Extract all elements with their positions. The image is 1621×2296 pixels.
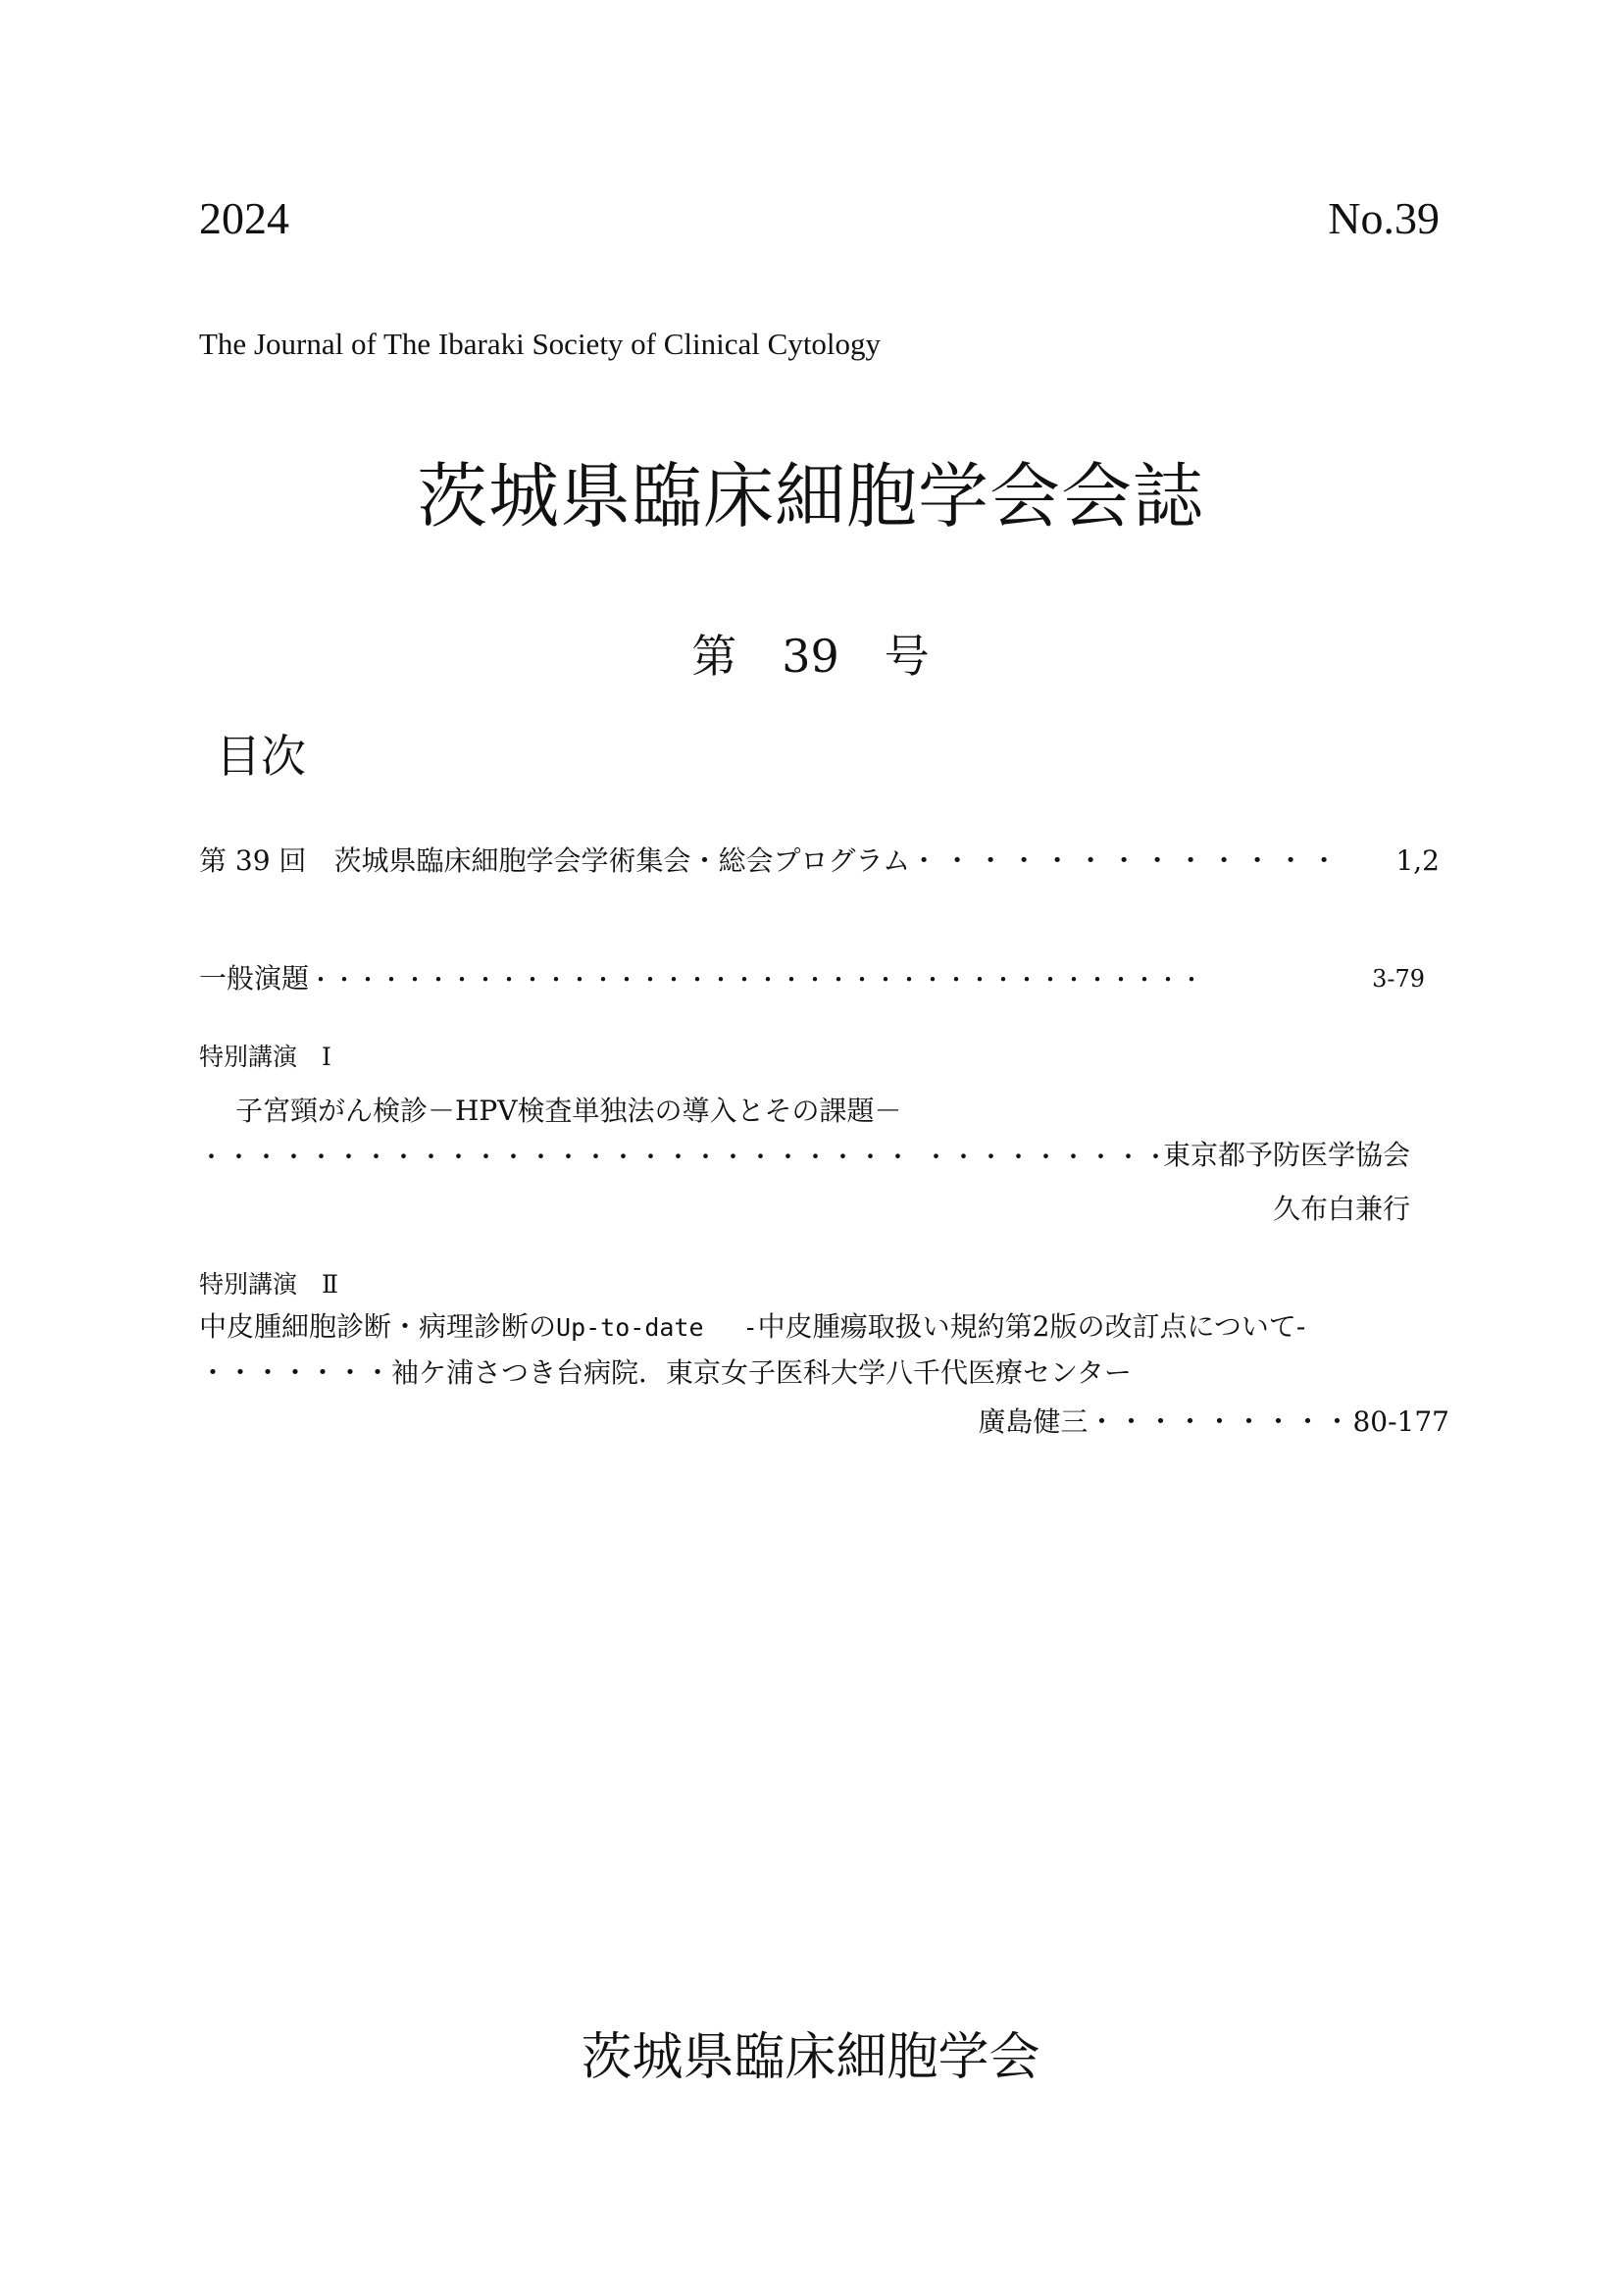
title-part: 中皮腫細胞診断・病理診断の <box>199 1310 556 1343</box>
title-part: 中皮腫瘍取扱い規約第2版の改訂点について- <box>758 1310 1306 1343</box>
toc-entry-prefix: 第 39 回 <box>199 844 333 877</box>
special-lecture-2-title[interactable]: 中皮腫細胞診断・病理診断のUp-to-date -中皮腫瘍取扱い規約第2版の改訂… <box>199 1309 1305 1346</box>
publication-year: 2024 <box>199 192 289 244</box>
special-lecture-2-affiliation-line: ・・・・・・・袖ケ浦さつき台病院．東京女子医科大学八千代医療センター <box>199 1355 1132 1391</box>
issue-number: 第 39 号 <box>0 621 1621 686</box>
dot-leader: ・・・・・・・ <box>199 1356 391 1389</box>
dot-leader: ・・・・・・・・・ <box>1088 1405 1352 1438</box>
dot-leader: ・・・・・・・・・・・・・・・・・・・・・・・・・・ ・・・・・・・・・ <box>199 1140 1171 1175</box>
toc-entry-pages: 3-79 <box>1372 961 1425 996</box>
toc-entry-pages: 1,2 <box>1395 843 1440 879</box>
dot-leader: ・・・・・・・・・・・・・ <box>910 844 1343 877</box>
special-lecture-1-affiliation: 東京都予防医学協会 <box>1163 1138 1410 1173</box>
special-lecture-2-author-line: 廣島健三・・・・・・・・・80-177 <box>978 1404 1449 1440</box>
toc-entry-program[interactable]: 第 39 回 茨城県臨床細胞学会学術集会・総会プログラム・・・・・・・・・・・・… <box>199 843 1343 879</box>
journal-title-japanese: 茨城県臨床細胞学会会誌 <box>0 439 1621 541</box>
special-lecture-1-title[interactable]: 子宮頸がん検診－HPV検査単独法の導入とその課題－ <box>235 1094 901 1129</box>
toc-entry-general-presentations[interactable]: 一般演題・・・・・・・・・・・・・・・・・・・・・・・・・・・・・・・・・・・・… <box>199 961 1203 997</box>
toc-entry-title: 茨城県臨床細胞学会学術集会・総会プログラム <box>333 844 910 877</box>
dot-leader: ・・・・・・・・・・・・・・・・・・・・・・・・・・・・・・・・・・・・・・ <box>309 966 1203 994</box>
special-lecture-2-author: 廣島健三 <box>978 1405 1088 1438</box>
special-lecture-2-affiliation: 袖ケ浦さつき台病院．東京女子医科大学八千代医療センター <box>391 1356 1132 1389</box>
journal-title-english: The Journal of The Ibaraki Society of Cl… <box>199 327 881 362</box>
publisher-name: 茨城県臨床細胞学会 <box>0 2015 1621 2089</box>
special-lecture-1-label: 特別講演 Ⅰ <box>199 1038 331 1073</box>
toc-heading: 目次 <box>216 721 306 786</box>
toc-entry-pages: 80-177 <box>1352 1405 1449 1438</box>
toc-entry-title: 一般演題 <box>199 962 309 995</box>
special-lecture-1-author: 久布白兼行 <box>1273 1192 1410 1227</box>
volume-number: No.39 <box>1328 192 1440 244</box>
special-lecture-2-label: 特別講演 Ⅱ <box>199 1265 338 1301</box>
title-part-mono: Up-to-date - <box>556 1313 758 1342</box>
